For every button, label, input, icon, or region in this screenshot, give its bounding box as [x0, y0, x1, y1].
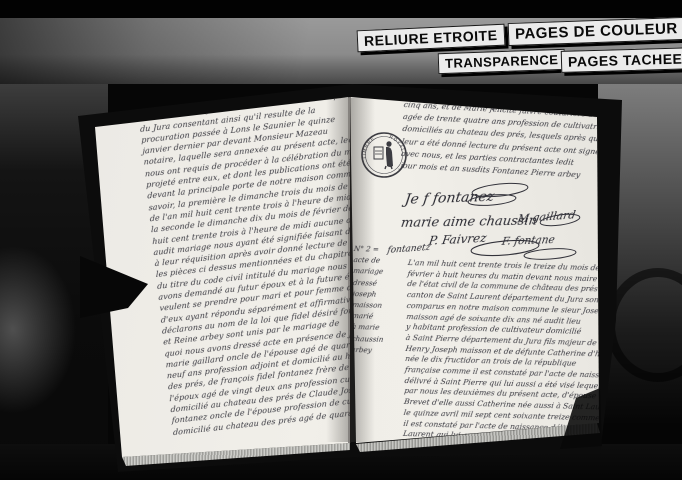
archival-photo-canvas: fontaney agé de quarante deux ans profes…	[0, 0, 682, 480]
signature-fontane: F. fontane	[501, 234, 556, 248]
gutter-shadow-right	[351, 98, 375, 442]
signature-fontanez: Je f fontanez	[404, 189, 495, 208]
gutter-shadow-left	[326, 98, 348, 442]
gutter-fold-line	[348, 97, 351, 443]
label-pages-tachees: PAGES TACHEES	[561, 47, 682, 73]
label-transparence: TRANSPARENCE	[438, 49, 566, 74]
signature-gaillard: M gaillard	[517, 208, 577, 225]
top-black-strip	[0, 0, 682, 18]
signature-faivre: P. Faivrez	[428, 231, 488, 248]
